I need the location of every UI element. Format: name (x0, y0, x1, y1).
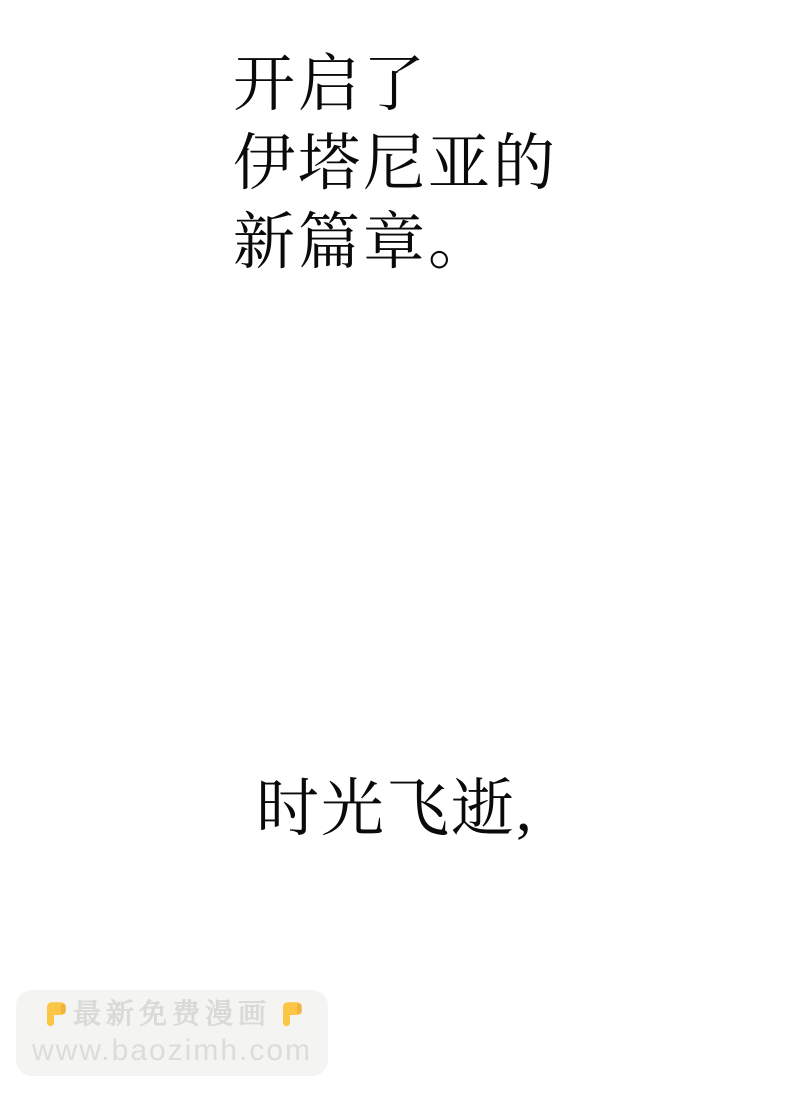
hand-thumb (61, 1004, 66, 1014)
narration-block-top: 开启了 伊塔尼亚的 新篇章。 (233, 46, 558, 283)
watermark-url: www.baozimh.com (32, 1035, 312, 1067)
narration-line: 新篇章。 (233, 204, 558, 283)
comic-page: 开启了 伊塔尼亚的 新篇章。 时光飞逝, 最新免费漫画 (0, 0, 800, 1100)
hand-thumb (297, 1004, 302, 1014)
narration-line: 开启了 (233, 46, 558, 125)
pointing-down-hand-icon (39, 999, 69, 1029)
narration-line: 时光飞逝, (256, 769, 534, 849)
narration-line: 伊塔尼亚的 (233, 125, 558, 204)
site-watermark: 最新免费漫画 www.baozimh.com (16, 990, 328, 1076)
watermark-title-row: 最新免费漫画 (39, 999, 305, 1029)
narration-block-middle: 时光飞逝, (256, 769, 534, 849)
pointing-down-hand-icon (275, 999, 305, 1029)
watermark-text: 最新免费漫画 (73, 999, 271, 1029)
